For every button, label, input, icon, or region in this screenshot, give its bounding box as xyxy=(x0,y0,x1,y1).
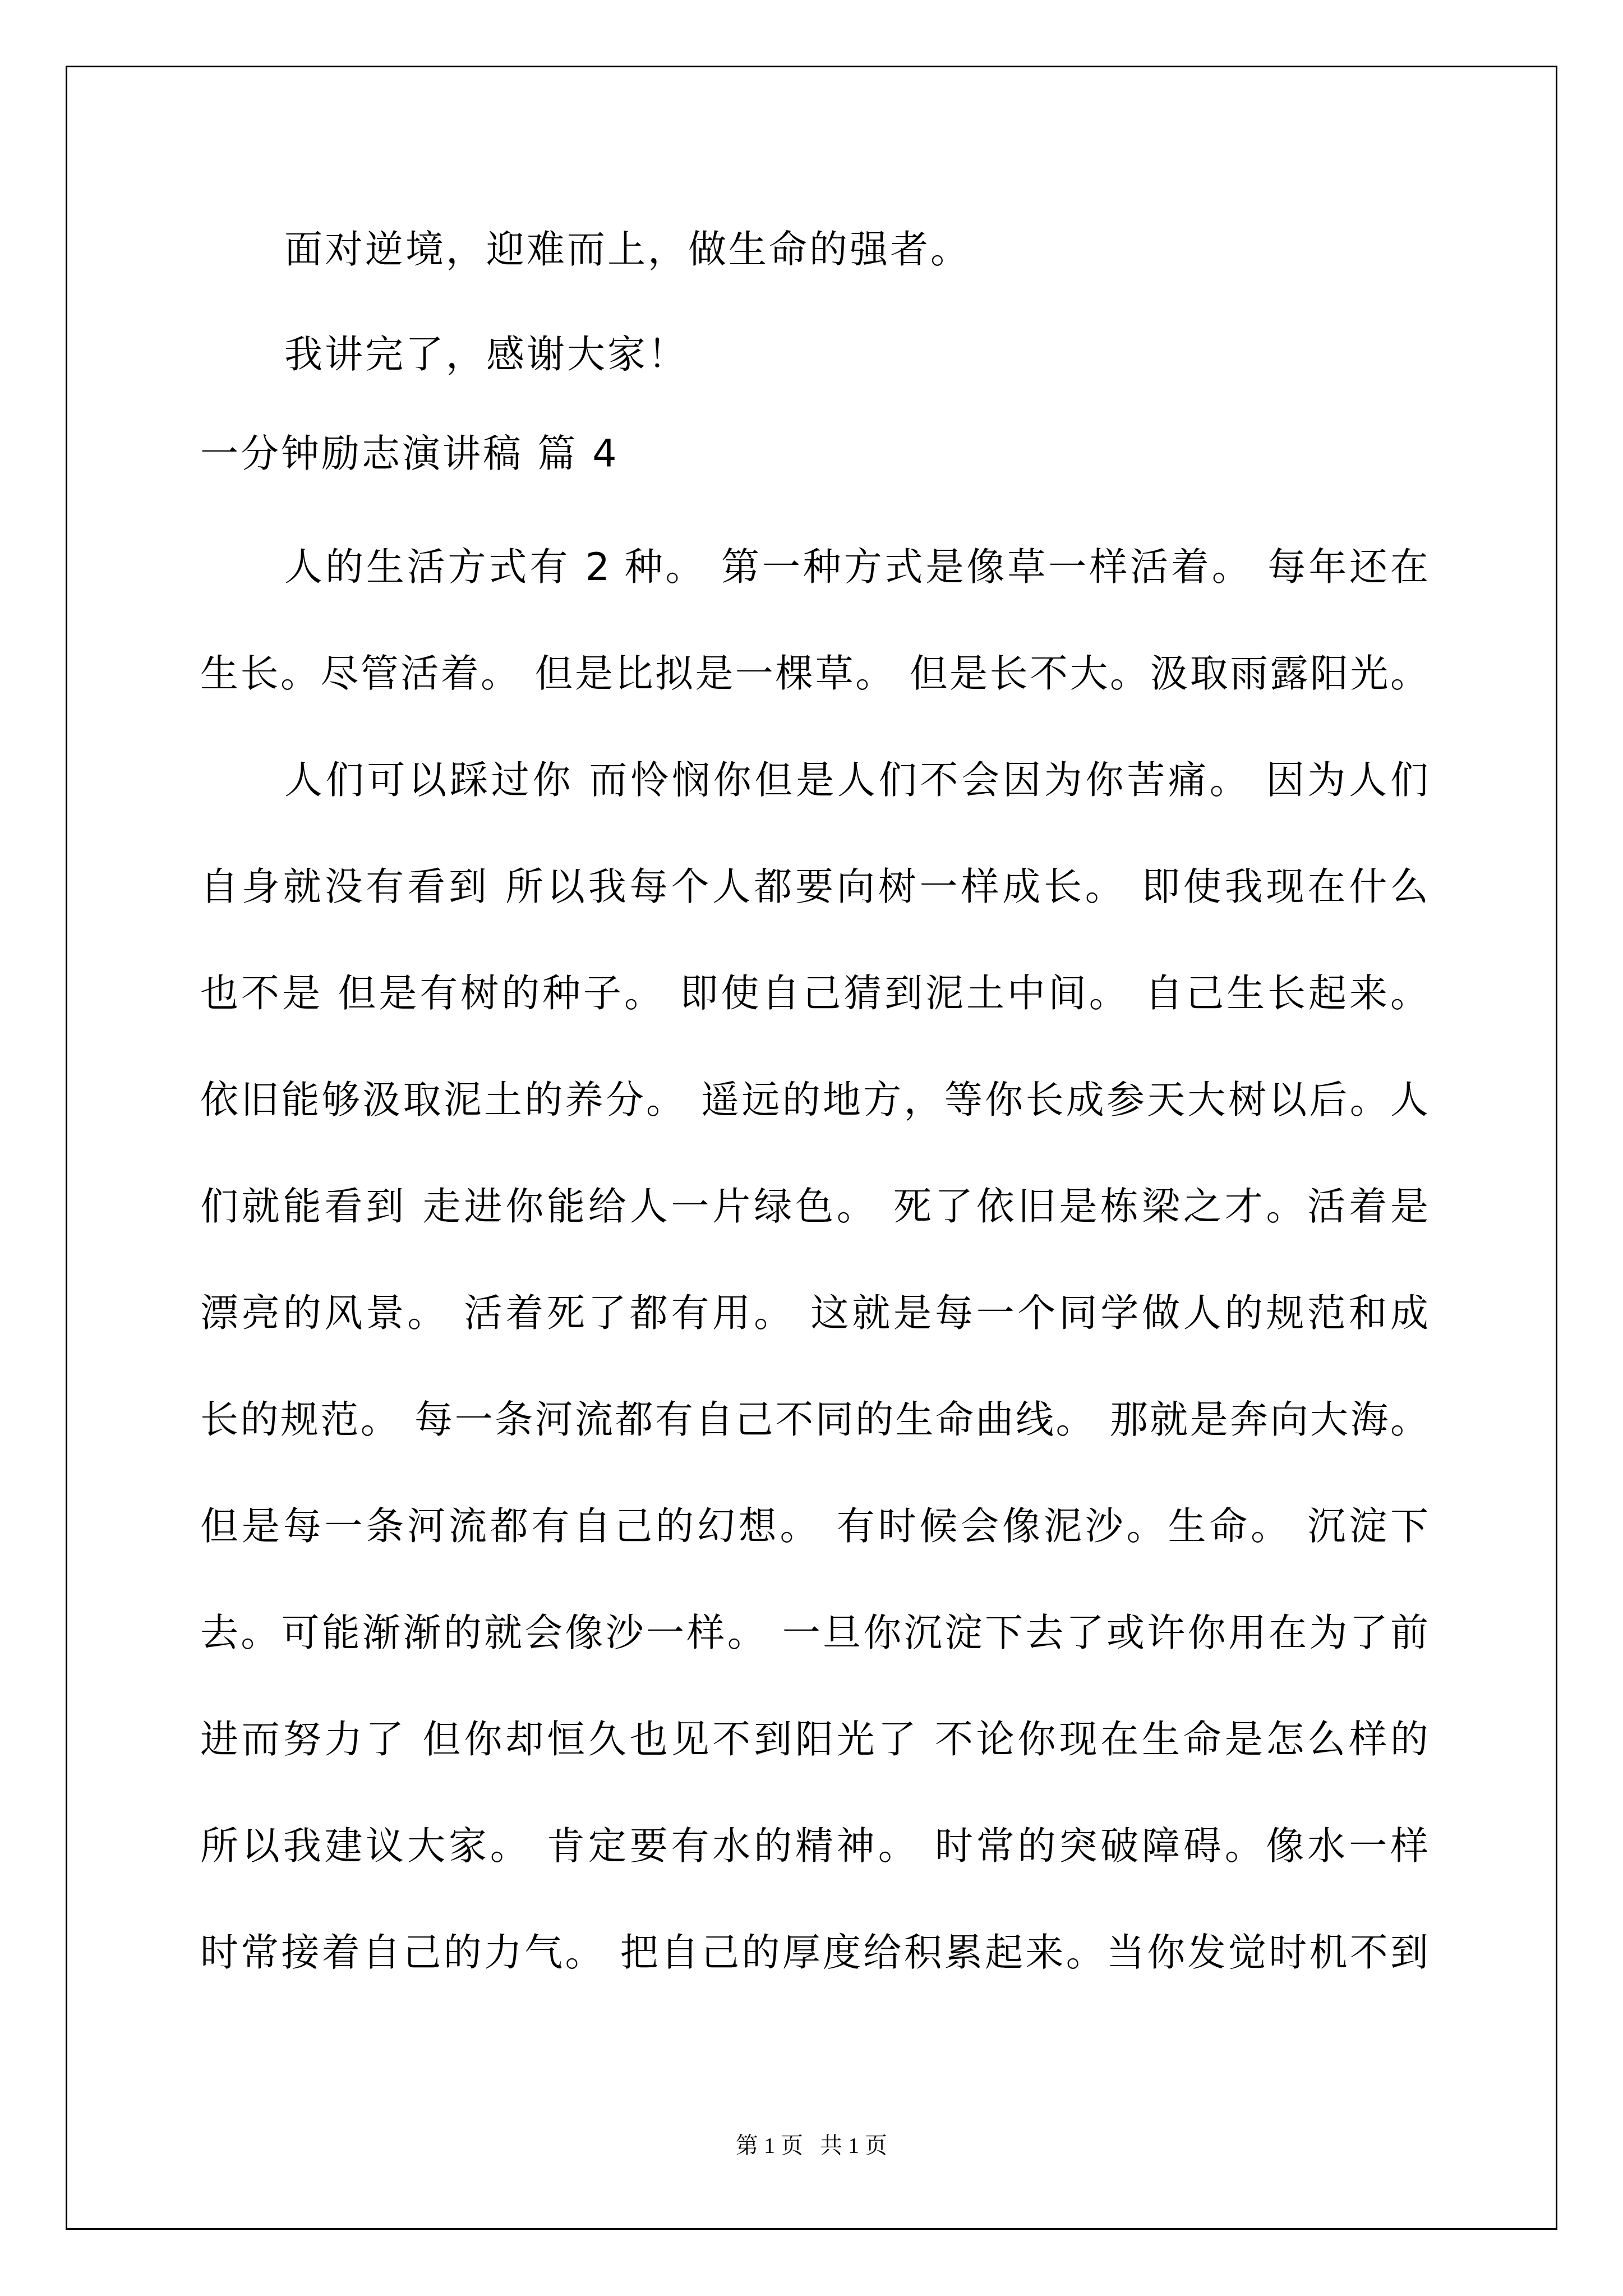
section-heading: 一分钟励志演讲稿 篇 4 xyxy=(200,426,619,482)
paragraph-2-line-11: 所以我建议大家。 肯定要有水的精神。 时常的突破障碍。像水一样 xyxy=(200,1819,1428,1875)
intro-line-2: 我讲完了，感谢大家！ xyxy=(284,327,688,383)
paragraph-2-line-9: 去。可能渐渐的就会像沙一样。 一旦你沉淀下去了或许你用在为了前 xyxy=(200,1605,1428,1662)
paragraph-2-line-8: 但是每一条河流都有自己的幻想。 有时候会像泥沙。生命。 沉淀下 xyxy=(200,1499,1428,1555)
paragraph-1-line-2: 生长。尽管活着。 但是比拟是一棵草。 但是长不大。汲取雨露阳光。 xyxy=(200,646,1428,702)
paragraph-2-line-3: 也不是 但是有树的种子。 即使自己猜到泥土中间。 自己生长起来。 xyxy=(200,966,1428,1022)
page-border xyxy=(66,66,1557,2230)
paragraph-2-line-1: 人们可以踩过你 而怜悯你但是人们不会因为你苦痛。 因为人们 xyxy=(284,753,1428,809)
paragraph-2-line-2: 自身就没有看到 所以我每个人都要向树一样成长。 即使我现在什么 xyxy=(200,859,1428,915)
paragraph-2-line-10: 进而努力了 但你却恒久也见不到阳光了 不论你现在生命是怎么样的 xyxy=(200,1712,1428,1768)
paragraph-2-line-6: 漂亮的风景。 活着死了都有用。 这就是每一个同学做人的规范和成 xyxy=(200,1286,1428,1342)
paragraph-2-line-4: 依旧能够汲取泥土的养分。 遥远的地方，等你长成参天大树以后。人 xyxy=(200,1073,1428,1129)
paragraph-1-line-1: 人的生活方式有 2 种。 第一种方式是像草一样活着。 每年还在 xyxy=(284,540,1428,596)
paragraph-2-line-12: 时常接着自己的力气。 把自己的厚度给积累起来。当你发觉时机不到 xyxy=(200,1925,1428,1981)
page-number-footer: 第 1 页 共 1 页 xyxy=(0,2129,1623,2162)
paragraph-2-line-7: 长的规范。 每一条河流都有自己不同的生命曲线。 那就是奔向大海。 xyxy=(200,1392,1428,1448)
intro-line-1: 面对逆境，迎难而上，做生命的强者。 xyxy=(284,222,971,278)
paragraph-2-line-5: 们就能看到 走进你能给人一片绿色。 死了依旧是栋梁之才。活着是 xyxy=(200,1179,1428,1235)
